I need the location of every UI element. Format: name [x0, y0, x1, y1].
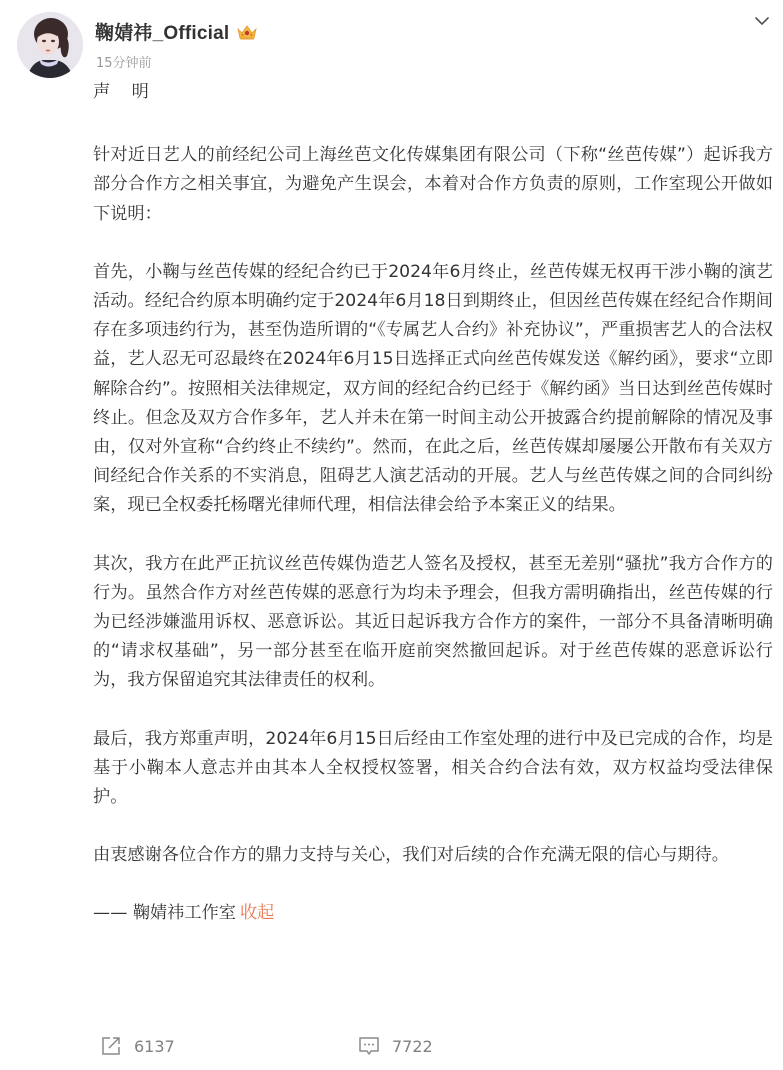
comment-icon — [358, 1035, 380, 1057]
repost-count: 6137 — [134, 1037, 175, 1056]
post-actions: 6137 7722 — [100, 1035, 700, 1061]
collapse-link[interactable]: 收起 — [240, 903, 274, 923]
avatar[interactable] — [17, 12, 83, 78]
repost-icon — [100, 1035, 122, 1057]
post-body: 声 明 针对近日艺人的前经纪公司上海丝芭文化传媒集团有限公司（下称“丝芭传媒”）… — [93, 78, 773, 929]
post-title: 声 明 — [93, 78, 773, 107]
signature-line: —— 鞠婧祎工作室收起 — [93, 899, 773, 928]
paragraph-intro: 针对近日艺人的前经纪公司上海丝芭文化传媒集团有限公司（下称“丝芭传媒”）起诉我方… — [93, 141, 773, 229]
comment-count: 7722 — [392, 1037, 433, 1056]
post-timestamp[interactable]: 15分钟前 — [96, 52, 152, 71]
signature: —— 鞠婧祎工作室 — [93, 903, 236, 923]
paragraph-last: 最后，我方郑重声明，2024年6月15日后经由工作室处理的进行中及已完成的合作，… — [93, 725, 773, 813]
crown-icon[interactable] — [236, 23, 258, 41]
author-row: 鞠婧祎_Official — [95, 18, 258, 45]
comment-button[interactable]: 7722 — [358, 1035, 433, 1057]
author-name[interactable]: 鞠婧祎_Official — [95, 18, 229, 45]
chevron-down-icon[interactable] — [750, 10, 774, 30]
paragraph-second: 其次，我方在此严正抗议丝芭传媒伪造艺人签名及授权，甚至无差别“骚扰”我方合作方的… — [93, 550, 773, 696]
paragraph-thanks: 由衷感谢各位合作方的鼎力支持与关心，我们对后续的合作充满无限的信心与期待。 — [93, 841, 773, 870]
repost-button[interactable]: 6137 — [100, 1035, 175, 1057]
paragraph-first: 首先，小鞠与丝芭传媒的经纪合约已于2024年6月终止，丝芭传媒无权再干涉小鞠的演… — [93, 258, 773, 521]
